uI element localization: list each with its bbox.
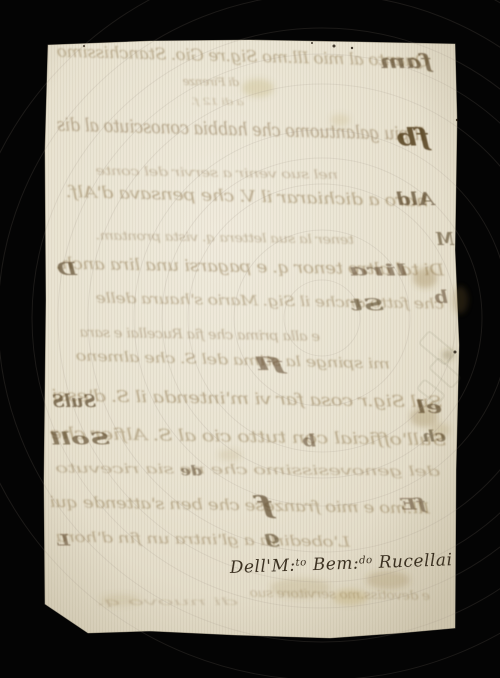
ink-flourish: fE bbox=[399, 494, 427, 513]
ink-flourish: M bbox=[435, 229, 455, 250]
ink-flourish: lira bbox=[348, 260, 408, 279]
ink-flourish: D bbox=[56, 259, 78, 280]
inscription-superscript: to bbox=[295, 557, 307, 568]
ink-flourish: ch bbox=[422, 426, 446, 445]
bleedthrough-line: di Firenze bbox=[182, 75, 239, 89]
bleedthrough-line: a di 12 f. bbox=[191, 97, 244, 108]
speck bbox=[456, 119, 458, 121]
inscription-part: Bem: bbox=[307, 553, 360, 575]
ink-flourish: de bbox=[180, 464, 202, 480]
ink-flourish: fl bbox=[255, 354, 290, 375]
speck bbox=[351, 47, 353, 49]
ink-flourish: L bbox=[56, 530, 71, 549]
inscription-superscript: do bbox=[359, 555, 373, 566]
ink-flourish: el bbox=[416, 397, 442, 418]
manuscript-scene: Quanto al mio Ill.mo Sig.re Gio. Stanchi… bbox=[0, 0, 500, 678]
ink-flourish: fam bbox=[380, 49, 434, 73]
speck bbox=[333, 45, 336, 48]
ink-flourish: b bbox=[302, 431, 316, 451]
speck bbox=[311, 42, 313, 44]
stain bbox=[242, 79, 274, 97]
manuscript-photo: Quanto al mio Ill.mo Sig.re Gio. Stanchi… bbox=[0, 0, 500, 678]
ink-flourish: b bbox=[434, 287, 448, 308]
